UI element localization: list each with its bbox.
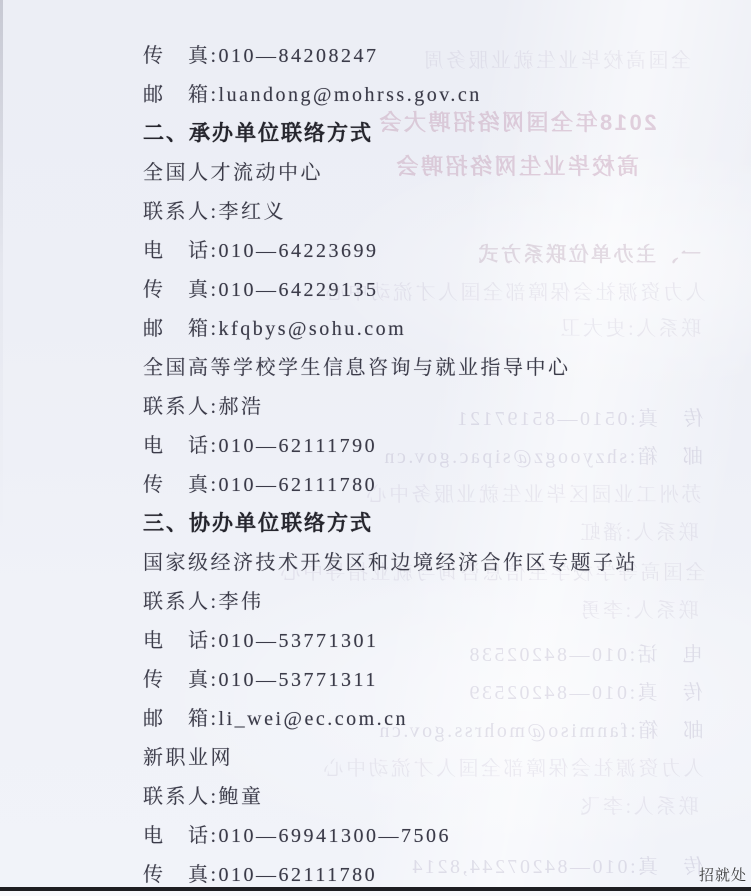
scanned-document-page: 全国高校毕业生就业服务周 2018年全国网络招聘大会 高校毕业生网络招聘会 一、… xyxy=(0,0,751,896)
phone-line: 电 话:010—62111790 xyxy=(143,424,741,463)
org-name: 新职业网 xyxy=(143,736,741,775)
section-heading-3: 三、协办单位联络方式 xyxy=(143,502,741,541)
org-name: 全国人才流动中心 xyxy=(143,151,741,190)
scan-left-edge-shade xyxy=(0,0,3,896)
section-heading-2: 二、承办单位联络方式 xyxy=(143,112,741,151)
fax-line: 传 真:010—62111780 xyxy=(143,463,741,502)
contact-person-line: 联系人:郝浩 xyxy=(143,385,741,424)
email-line: 邮 箱:li_wei@ec.com.cn xyxy=(143,697,741,736)
contact-person-line: 联系人:李红义 xyxy=(143,190,741,229)
contact-person-line: 联系人:鲍童 xyxy=(143,775,741,814)
document-body: 传 真:010—84208247 邮 箱:luandong@mohrss.gov… xyxy=(143,34,741,892)
phone-line: 电 话:010—69941300—7506 xyxy=(143,814,741,853)
fax-line: 传 真:010—84208247 xyxy=(143,34,741,73)
email-line: 邮 箱:luandong@mohrss.gov.cn xyxy=(143,73,741,112)
scan-below-edge xyxy=(0,891,751,896)
fax-line: 传 真:010—64229135 xyxy=(143,268,741,307)
phone-line: 电 话:010—53771301 xyxy=(143,619,741,658)
corner-label: 招就处 xyxy=(699,864,747,885)
email-line: 邮 箱:kfqbys@sohu.com xyxy=(143,307,741,346)
org-name: 全国高等学校学生信息咨询与就业指导中心 xyxy=(143,346,741,385)
contact-person-line: 联系人:李伟 xyxy=(143,580,741,619)
fax-line: 传 真:010—53771311 xyxy=(143,658,741,697)
phone-line: 电 话:010—64223699 xyxy=(143,229,741,268)
org-name: 国家级经济技术开发区和边境经济合作区专题子站 xyxy=(143,541,741,580)
